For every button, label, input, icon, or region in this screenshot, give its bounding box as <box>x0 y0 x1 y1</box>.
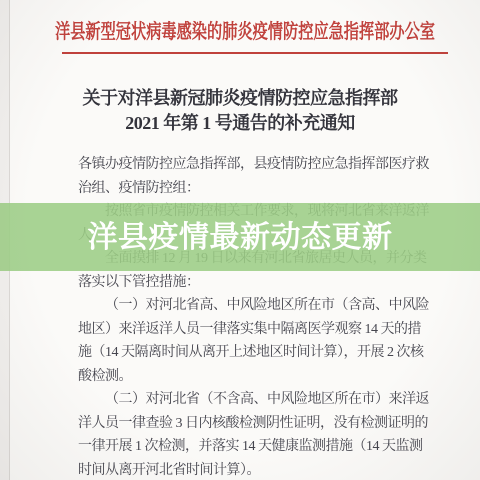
document-line: 时间从离开河北省时间计算）。 <box>78 459 438 480</box>
document-title-line-1: 关于对洋县新冠肺炎疫情防控应急指挥部 <box>0 86 480 111</box>
document-line: 落实以下管控措施： <box>78 271 438 295</box>
document-line: 各镇办疫情防控应急指挥部，县疫情防控应急指挥部医疗救 <box>78 153 438 177</box>
document-line: 酸检测。 <box>78 365 438 389</box>
document-line: 治组、疫情防控组： <box>78 177 438 201</box>
issuing-office-name: 洋县新型冠状病毒感染的肺炎疫情防控应急指挥部办公室 <box>55 19 435 45</box>
letterhead: 洋县新型冠状病毒感染的肺炎疫情防控应急指挥部办公室 <box>10 19 480 45</box>
letterhead-underline <box>62 52 448 54</box>
document-line: （一）对河北省高、中风险地区所在市（含高、中风险 <box>78 294 438 318</box>
document-title-line-2: 2021 年第 1 号通告的补充通知 <box>0 111 480 136</box>
overlay-headline: 洋县疫情最新动态更新 <box>0 221 480 255</box>
document-line: 地区）来洋返洋人员一律落实集中隔离医学观察 14 天的措 <box>78 318 438 342</box>
document-line: 一律开展 1 次检测，并落实 14 天健康监测措施（14 天监测 <box>78 435 438 459</box>
document-line: 洋人员一律查验 3 日内核酸检测阴性证明，没有检测证明的 <box>78 412 438 436</box>
document-line: 施（14 天隔离时间从离开上述地区时间计算），开展 2 次核 <box>78 341 438 365</box>
document-photo: 洋县新型冠状病毒感染的肺炎疫情防控应急指挥部办公室 关于对洋县新冠肺炎疫情防控应… <box>0 0 480 480</box>
document-line: （二）对河北省（不含高、中风险地区所在市）来洋返 <box>78 388 438 412</box>
document-title: 关于对洋县新冠肺炎疫情防控应急指挥部 2021 年第 1 号通告的补充通知 <box>0 86 480 136</box>
